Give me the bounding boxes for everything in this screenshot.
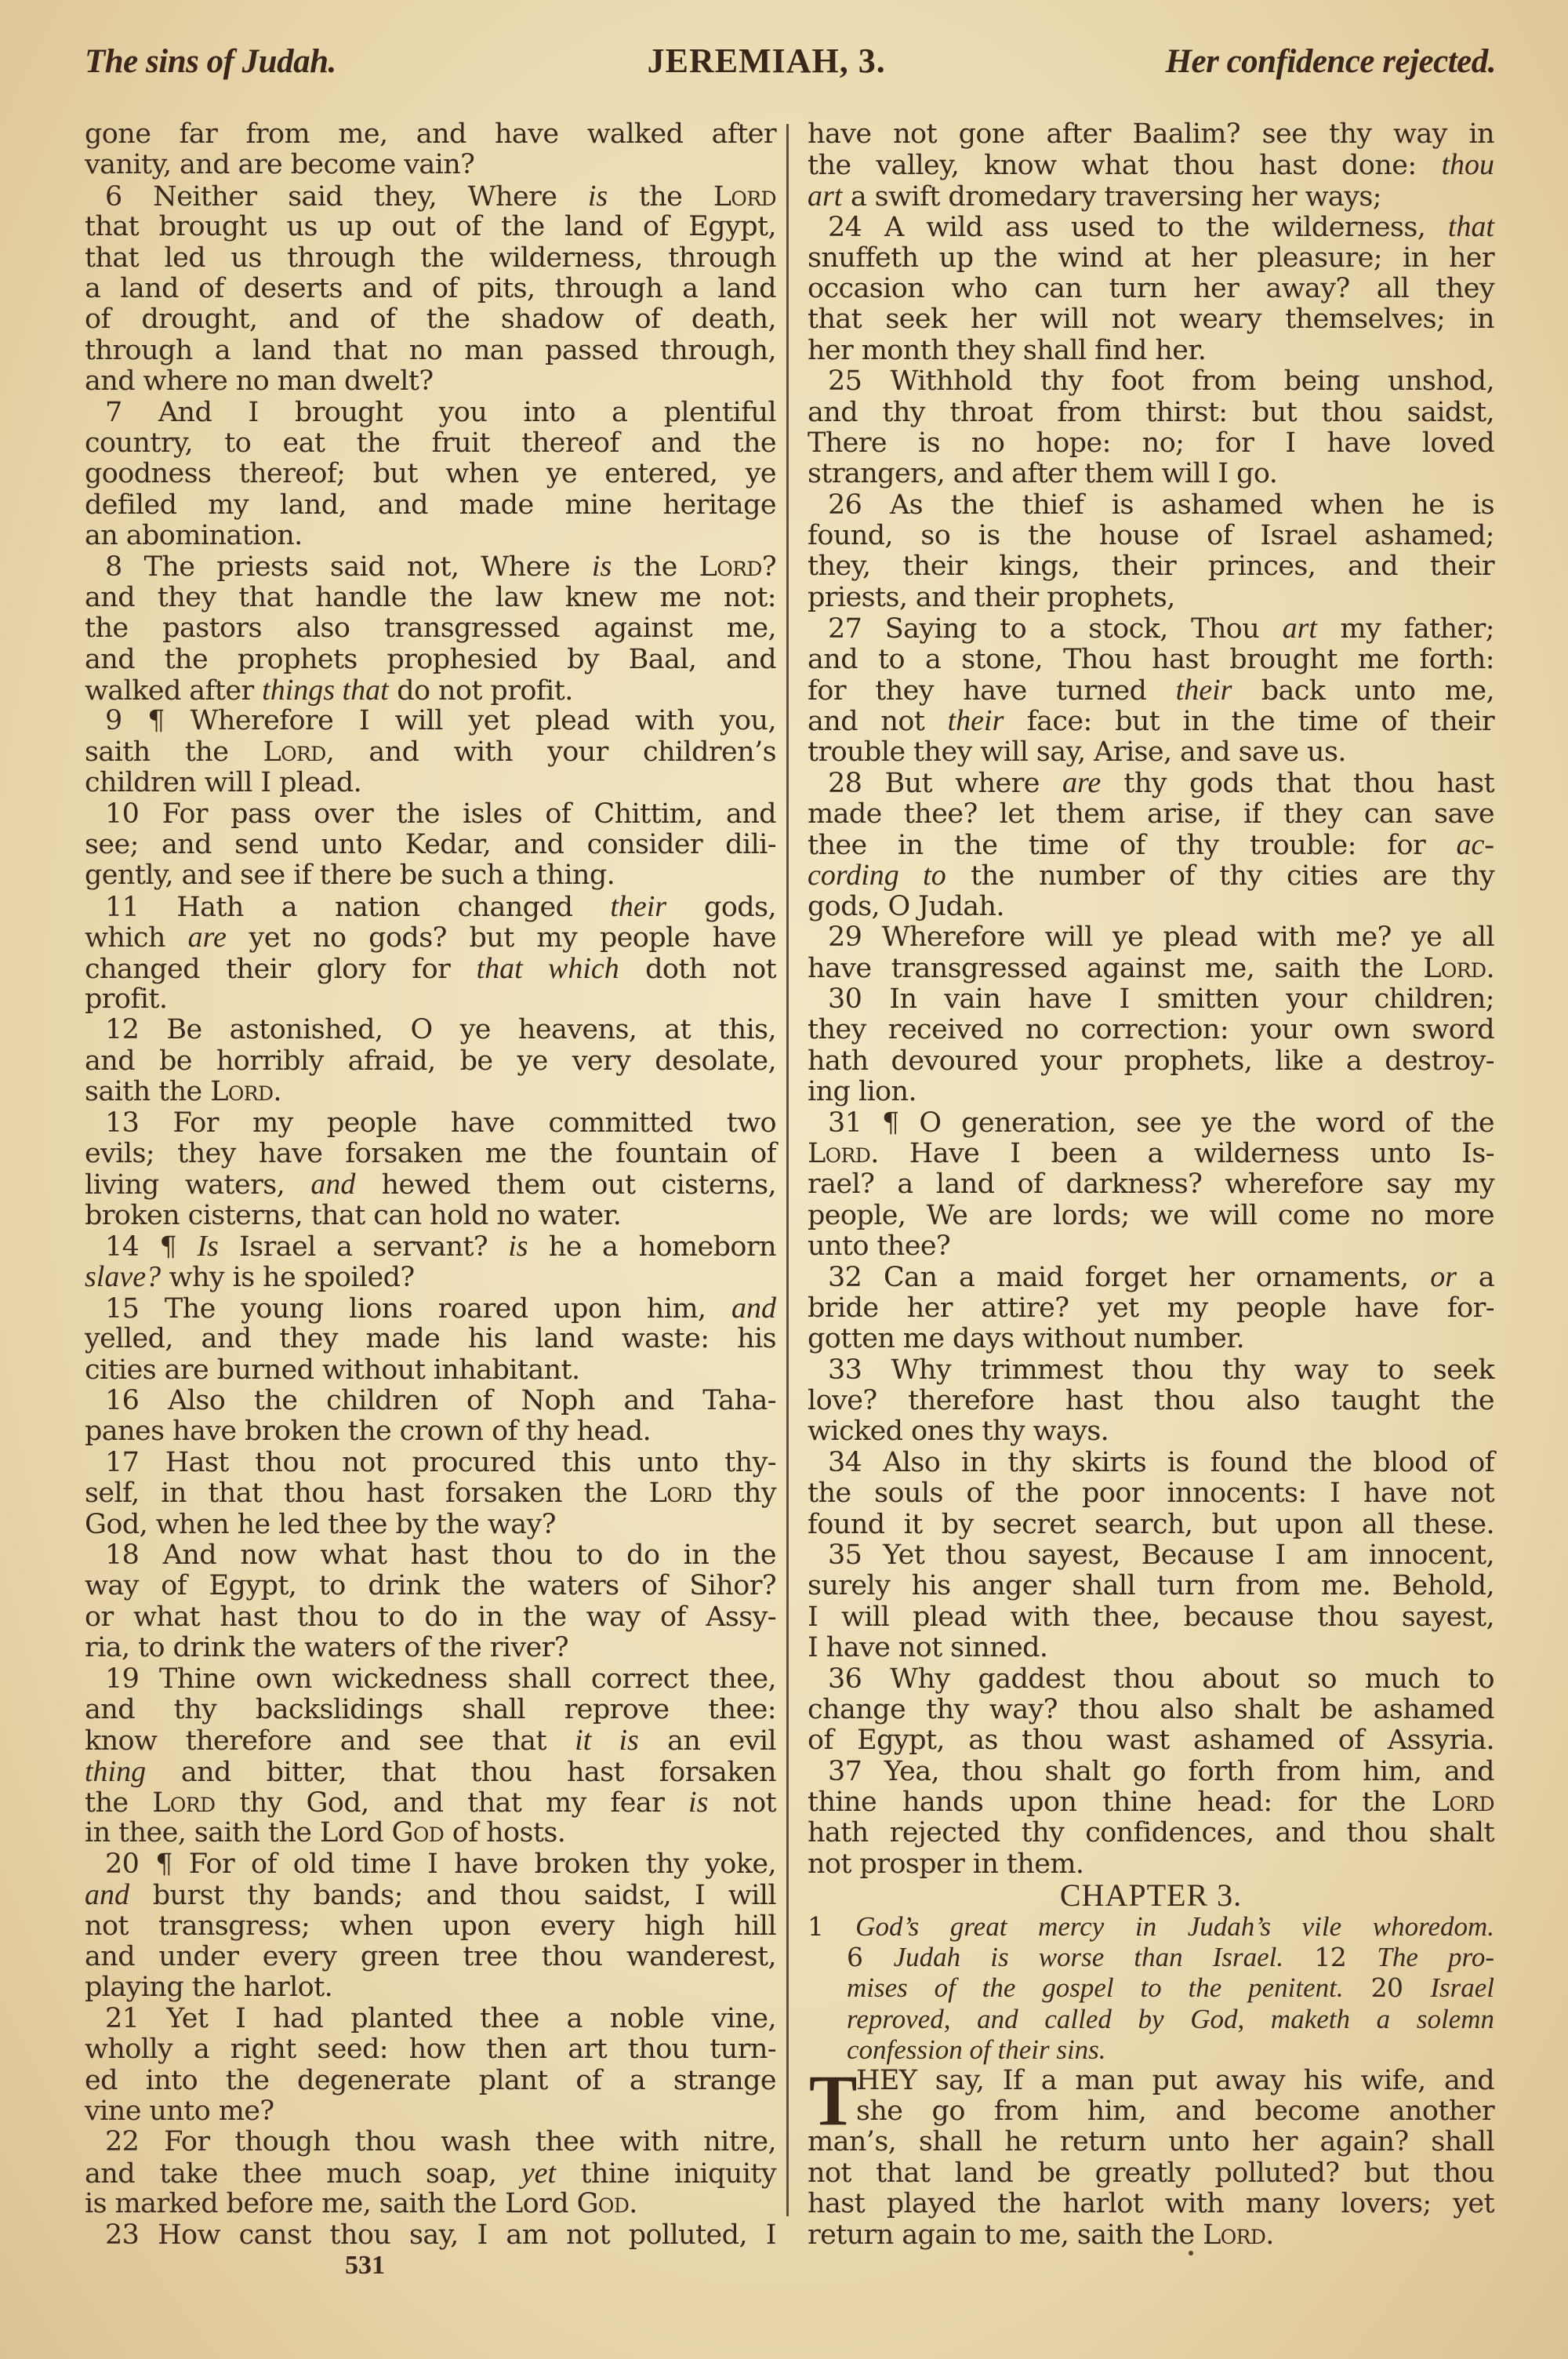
text-line: surely his anger shall turn from me. Beh…	[808, 1571, 1494, 1601]
text-run: hast played the harlot with many lovers;…	[808, 2188, 1494, 2219]
text-run: people, We are lords; we will come no mo…	[808, 1200, 1494, 1231]
text-line: slave? why is he spoiled?	[85, 1262, 776, 1292]
text-run: saith the	[85, 1076, 210, 1107]
chapter-verse-1: HEY say, If a man put away his wife, and…	[808, 2066, 1494, 2251]
text-run: 34 Also in thy skirts is found the blood…	[828, 1447, 1494, 1478]
text-run: 11 Hath a nation changed	[105, 892, 610, 923]
text-line: for they have turned their back unto me,	[808, 675, 1494, 706]
text-run: .	[629, 2188, 637, 2219]
text-line: 25 Withhold thy foot from being unshod,	[808, 366, 1494, 397]
text-run: they, their kings, their princes, and th…	[808, 551, 1494, 582]
text-line: 33 Why trimmest thou thy way to seek	[808, 1355, 1494, 1386]
text-line: and thy backslidings shall reprove thee:	[85, 1695, 776, 1725]
text-run: 21 Yet I had planted thee a noble vine,	[105, 2003, 776, 2034]
text-line: 21 Yet I had planted thee a noble vine,	[85, 2004, 776, 2034]
text-run: 23 How canst thou say, I am not polluted…	[105, 2219, 776, 2251]
text-line: see; and send unto Kedar, and consider d…	[85, 830, 776, 860]
chapter-heading: CHAPTER 3.	[808, 1880, 1494, 1910]
text-line: 22 For though thou wash thee with nitre,	[85, 2127, 776, 2157]
text-line: snuffeth up the wind at her pleasure; in…	[808, 243, 1494, 274]
text-run: thine iniquity	[556, 2158, 776, 2190]
text-line: vanity, and are become vain?	[85, 150, 776, 180]
small-caps-text: Lord	[1423, 953, 1486, 984]
text-run: the	[612, 551, 699, 583]
italic-text: is	[688, 1786, 708, 1819]
page-number: 531	[345, 2251, 385, 2281]
text-run: gods, O Judah.	[808, 891, 1004, 922]
text-line: reproved, and called by God, maketh a so…	[808, 2004, 1494, 2034]
text-line: 19 Thine own wickedness shall correct th…	[85, 1664, 776, 1695]
text-line: 30 In vain have I smitten your children;	[808, 984, 1494, 1015]
text-line: bride her attire? yet my people have for…	[808, 1293, 1494, 1324]
small-caps-text: Lord	[713, 181, 776, 213]
text-run: and to a stone, Thou hast brought me for…	[808, 644, 1494, 675]
text-line: 12 Be astonished, O ye heavens, at this,	[85, 1015, 776, 1045]
text-run: Israel a servant?	[219, 1231, 508, 1263]
text-run: in thee, saith the Lord	[85, 1817, 392, 1848]
drop-cap: T	[809, 2072, 857, 2128]
text-run: not	[708, 1787, 776, 1819]
text-run: 26 As the thief is ashamed when he is	[828, 489, 1494, 521]
italic-text: art	[808, 180, 842, 213]
text-run: they received no correction: your own sw…	[808, 1014, 1494, 1045]
text-run: playing the harlot.	[85, 1972, 332, 2003]
text-run: of drought, and of the shadow of death,	[85, 304, 776, 335]
text-line: walked after things that do not profit.	[85, 675, 776, 706]
text-run: profit.	[85, 983, 167, 1015]
text-run: broken cisterns, that can hold no water.	[85, 1200, 621, 1231]
text-run: and take thee much soap,	[85, 2158, 521, 2190]
text-line: 32 Can a maid forget her ornaments, or a	[808, 1262, 1494, 1292]
text-line: 37 Yea, thou shalt go forth from him, an…	[808, 1757, 1494, 1787]
text-line: unto thee?	[808, 1231, 1494, 1262]
text-run: changed their glory for	[85, 954, 477, 985]
text-line: that brought us up out of the land of Eg…	[85, 212, 776, 242]
text-run: rael? a land of darkness? wherefore say …	[808, 1169, 1494, 1200]
text-line: and the prophets prophesied by Baal, and	[85, 645, 776, 675]
text-run: change thy way? thou also shalt be asham…	[808, 1694, 1494, 1725]
text-line: hath rejected thy confidences, and thou …	[808, 1818, 1494, 1848]
text-line: 8 The priests said not, Where is the Lor…	[85, 551, 776, 582]
text-line: a land of deserts and of pits, through a…	[85, 274, 776, 304]
text-run: 1	[808, 1911, 855, 1942]
text-line: hast played the harlot with many lovers;…	[808, 2189, 1494, 2219]
text-line: rael? a land of darkness? wherefore say …	[808, 1169, 1494, 1200]
text-line: God, when he led thee by the way?	[85, 1510, 776, 1540]
text-run: gently, and see if there be such a thing…	[85, 860, 615, 891]
text-line: 11 Hath a nation changed their gods,	[85, 892, 776, 922]
text-run: gotten me days without number.	[808, 1323, 1244, 1354]
text-run: ing lion.	[808, 1076, 916, 1107]
text-run: is marked before me, saith the Lord	[85, 2188, 577, 2219]
text-line: not transgress; when upon every high hil…	[85, 1911, 776, 1942]
text-run: the	[85, 1787, 152, 1819]
text-line: 10 For pass over the isles of Chittim, a…	[85, 799, 776, 830]
text-run: 31 ¶ O generation, see ye the word of th…	[828, 1107, 1494, 1139]
running-head: The sins of Judah. JEREMIAH, 3. Her conf…	[85, 41, 1496, 88]
text-line: confession of their sins.	[808, 2034, 1494, 2065]
text-run: 20 ¶ For of old time I have broken thy y…	[105, 1848, 776, 1880]
text-line: way of Egypt, to drink the waters of Sih…	[85, 1571, 776, 1601]
text-run: panes have broken the crown of thy head.	[85, 1416, 651, 1447]
text-run: and under every green tree thou wanderes…	[85, 1941, 776, 1972]
text-line: gone far from me, and have walked after	[85, 119, 776, 150]
text-run: that led us through the wilderness, thro…	[85, 242, 776, 274]
italic-text: is	[592, 550, 612, 583]
text-line: of drought, and of the shadow of death,	[85, 304, 776, 335]
text-line: and burst thy bands; and thou saidst, I …	[85, 1880, 776, 1910]
text-line: changed their glory for that which doth …	[85, 954, 776, 984]
text-line: and thy throat from thirst: but thou sai…	[808, 398, 1494, 428]
text-line: trouble they will say, Arise, and save u…	[808, 737, 1494, 768]
text-line: 36 Why gaddest thou about so much to	[808, 1664, 1494, 1695]
text-run: 10 For pass over the isles of Chittim, a…	[105, 798, 776, 830]
small-caps-text: Lord	[649, 1478, 712, 1509]
italic-text: are	[188, 921, 227, 954]
text-run: strangers, and after them will I go.	[808, 458, 1277, 489]
text-line: broken cisterns, that can hold no water.	[85, 1201, 776, 1231]
chapter-summary: 1 God’s great mercy in Judah’s vile whor…	[808, 1911, 1494, 2066]
text-line: and not their face: but in the time of t…	[808, 706, 1494, 736]
text-run: goodness thereof; but when ye entered, y…	[85, 458, 776, 489]
text-run: self, in that thou hast forsaken the	[85, 1478, 649, 1509]
chapter-first-verse: T HEY say, If a man put away his wife, a…	[808, 2066, 1494, 2251]
text-run: 13 For my people have committed two	[105, 1107, 776, 1139]
text-run: I will plead with thee, because thou say…	[808, 1601, 1494, 1633]
text-run: a	[1457, 1262, 1494, 1293]
text-run: and they that handle the law knew me not…	[85, 582, 776, 613]
italic-text: God’s great mercy in Judah’s vile whored…	[855, 1911, 1494, 1942]
italic-text: and	[310, 1168, 355, 1201]
text-run: 6 Neither said they, Where	[105, 181, 588, 213]
text-run: 30 In vain have I smitten your children;	[828, 983, 1494, 1015]
small-caps-text: Lord	[152, 1787, 215, 1819]
text-run: thine hands upon thine head: for the	[808, 1787, 1432, 1818]
text-line: the pastors also transgressed against me…	[85, 613, 776, 644]
text-run: yet no gods? but my people have	[227, 922, 776, 954]
text-line: 16 Also the children of Noph and Taha-	[85, 1386, 776, 1416]
text-line: priests, and their prophets,	[808, 583, 1494, 613]
text-run: gods,	[666, 892, 776, 923]
small-caps-text: God	[392, 1817, 445, 1848]
text-line: they received no correction: your own sw…	[808, 1015, 1494, 1045]
text-run: occasion who can turn her away? all they	[808, 273, 1494, 304]
italic-text: their	[1176, 674, 1232, 707]
text-line: return again to me, saith the Lord.	[808, 2220, 1494, 2251]
text-line: man’s, shall he return unto her again? s…	[808, 2127, 1494, 2157]
text-run: the valley, know what thou hast done:	[808, 150, 1441, 181]
text-line: and under every green tree thou wanderes…	[85, 1942, 776, 1972]
text-run: see; and send unto Kedar, and consider d…	[85, 829, 776, 860]
italic-text: is	[588, 180, 608, 213]
text-line: saith the Lord, and with your children’s	[85, 737, 776, 768]
text-run: or what hast thou to do in the way of As…	[85, 1601, 776, 1633]
text-run: a land of deserts and of pits, through a…	[85, 273, 776, 304]
text-line: which are yet no gods? but my people hav…	[85, 922, 776, 953]
text-run: way of Egypt, to drink the waters of Sih…	[85, 1570, 776, 1601]
text-run: and thy throat from thirst: but thou sai…	[808, 397, 1494, 428]
text-run: ria, to drink the waters of the river?	[85, 1632, 568, 1663]
text-line: know therefore and see that it is an evi…	[85, 1725, 776, 1756]
italic-text: Is	[197, 1230, 218, 1263]
text-line: occasion who can turn her away? all they	[808, 274, 1494, 304]
text-run: 9 ¶ Wherefore I will yet plead with you,	[105, 705, 776, 736]
italic-text: art	[1283, 612, 1317, 645]
text-line: 9 ¶ Wherefore I will yet plead with you,	[85, 706, 776, 736]
text-line: living waters, and hewed them out cister…	[85, 1169, 776, 1200]
text-run: 29 Wherefore will ye plead with me? ye a…	[828, 921, 1494, 953]
text-line: 6 Neither said they, Where is the Lord	[85, 181, 776, 212]
italic-text: things that	[262, 674, 389, 707]
text-run: yelled, and they made his land waste: hi…	[85, 1323, 776, 1354]
text-line: her month they shall find her.	[808, 336, 1494, 366]
text-run: hath rejected thy confidences, and thou …	[808, 1817, 1494, 1848]
italic-text: slave?	[85, 1260, 161, 1293]
text-run: my father;	[1317, 613, 1494, 645]
text-line: and be horribly afraid, be ye very desol…	[85, 1046, 776, 1077]
text-line: thee in the time of thy trouble: for ac-	[808, 830, 1494, 860]
text-run: which	[85, 922, 188, 954]
text-run: walked after	[85, 675, 262, 707]
italic-text: thou	[1441, 148, 1494, 181]
text-run: priests, and their prophets,	[808, 582, 1175, 613]
italic-text: ac-	[1456, 828, 1494, 861]
text-line: wicked ones thy ways.	[808, 1416, 1494, 1447]
text-run: found it by secret search, but upon all …	[808, 1509, 1494, 1540]
text-line: 20 ¶ For of old time I have broken thy y…	[85, 1849, 776, 1880]
text-run: through a land that no man passed throug…	[85, 335, 776, 366]
text-run: trouble they will say, Arise, and save u…	[808, 736, 1346, 768]
text-run: know therefore and see that	[85, 1725, 575, 1757]
text-run: .	[1486, 953, 1494, 984]
italic-text: and	[85, 1878, 129, 1911]
text-line: have transgressed against me, saith the …	[808, 954, 1494, 984]
text-run: 33 Why trimmest thou thy way to seek	[828, 1354, 1494, 1386]
text-run: 14 ¶	[105, 1231, 197, 1263]
bible-page: The sins of Judah. JEREMIAH, 3. Her conf…	[0, 0, 1568, 2359]
text-line: I have not sinned.	[808, 1633, 1494, 1663]
text-line: playing the harlot.	[85, 1972, 776, 2003]
text-line: of Egypt, as thou wast ashamed of Assyri…	[808, 1725, 1494, 1756]
text-run: face: but in the time of their	[1004, 706, 1494, 737]
text-run: the	[608, 181, 713, 213]
text-line: goodness thereof; but when ye entered, y…	[85, 459, 776, 489]
text-line: 18 And now what hast thou to do in the	[85, 1540, 776, 1571]
text-line: the souls of the poor innocents: I have …	[808, 1478, 1494, 1509]
text-run: 22 For though thou wash thee with nitre,	[105, 2126, 776, 2157]
text-line: defiled my land, and made mine heritage	[85, 490, 776, 521]
text-run: 24 A wild ass used to the wilderness,	[828, 212, 1448, 243]
text-line: art a swift dromedary traversing her way…	[808, 181, 1494, 212]
small-caps-text: Lord	[263, 736, 325, 768]
paper-speck	[1189, 2251, 1193, 2255]
small-caps-text: God	[577, 2188, 630, 2219]
column-divider	[786, 124, 789, 2216]
text-run: wholly a right seed: how then art thou t…	[85, 2034, 776, 2065]
text-run: HEY say, If a man put away his wife, and	[856, 2065, 1494, 2096]
text-run: wicked ones thy ways.	[808, 1416, 1109, 1447]
text-run: the souls of the poor innocents: I have …	[808, 1478, 1494, 1509]
text-line: 34 Also in thy skirts is found the blood…	[808, 1448, 1494, 1478]
text-line: found, so is the house of Israel ashamed…	[808, 521, 1494, 551]
text-run: not transgress; when upon every high hil…	[85, 1910, 776, 1942]
text-line: change thy way? thou also shalt be asham…	[808, 1695, 1494, 1725]
text-line: 1 God’s great mercy in Judah’s vile whor…	[808, 1911, 1494, 1942]
text-line: country, to eat the fruit thereof and th…	[85, 428, 776, 459]
text-line: and where no man dwelt?	[85, 366, 776, 397]
small-caps-text: Lord	[210, 1076, 273, 1107]
text-run: and where no man dwelt?	[85, 365, 433, 397]
text-line: that led us through the wilderness, thro…	[85, 243, 776, 274]
italic-text: reproved, and called by God, maketh a so…	[847, 2004, 1494, 2034]
text-line: children will I plead.	[85, 768, 776, 798]
small-caps-text: Lord	[699, 551, 762, 583]
text-line: made thee? let them arise, if they can s…	[808, 799, 1494, 830]
text-line: 29 Wherefore will ye plead with me? ye a…	[808, 922, 1494, 953]
text-run: There is no hope: no; for I have loved	[808, 427, 1494, 459]
text-run: 20	[1344, 1972, 1431, 2003]
text-run: thy gods that thou hast	[1101, 768, 1494, 799]
text-line: they, their kings, their princes, and th…	[808, 551, 1494, 582]
text-line: is marked before me, saith the Lord God.	[85, 2189, 776, 2219]
text-run: 16 Also the children of Noph and Taha-	[105, 1385, 776, 1416]
italic-text: yet	[521, 2157, 556, 2190]
text-line: the Lord thy God, and that my fear is no…	[85, 1787, 776, 1818]
text-run: 7 And I brought you into a plentiful	[105, 397, 776, 428]
italic-text: their	[610, 890, 666, 923]
text-run: an evil	[639, 1725, 776, 1757]
text-run: why is he spoiled?	[161, 1262, 415, 1293]
text-run: 8 The priests said not, Where	[105, 551, 592, 583]
text-run: he a homeborn	[528, 1231, 776, 1263]
italic-text: that which	[477, 952, 619, 985]
small-caps-text: Lord	[1432, 1787, 1494, 1818]
text-run: 18 And now what hast thou to do in the	[105, 1539, 776, 1571]
text-line: profit.	[85, 984, 776, 1015]
text-run: 6	[847, 1942, 894, 1972]
text-line: have not gone after Baalim? see thy way …	[808, 119, 1494, 150]
text-run: return again to me, saith the	[808, 2219, 1203, 2251]
italic-text: are	[1062, 766, 1101, 799]
text-run: that brought us up out of the land of Eg…	[85, 211, 776, 242]
text-line: 27 Saying to a stock, Thou art my father…	[808, 613, 1494, 644]
text-run: 12	[1283, 1942, 1377, 1972]
text-line: and take thee much soap, yet thine iniqu…	[85, 2158, 776, 2189]
running-head-left: The sins of Judah.	[85, 42, 336, 81]
italic-text: mises of the gospel to the penitent.	[847, 1972, 1344, 2003]
text-line: vine unto me?	[85, 2096, 776, 2127]
text-run: doth not	[619, 954, 776, 985]
text-run: bride her attire? yet my people have for…	[808, 1292, 1494, 1324]
text-line: 6 Judah is worse than Israel. 12 The pro…	[808, 1942, 1494, 1972]
text-line: 28 But where are thy gods that thou hast	[808, 768, 1494, 798]
text-line: the valley, know what thou hast done: th…	[808, 150, 1494, 180]
text-run: hath devoured your prophets, like a dest…	[808, 1045, 1494, 1077]
text-line: I will plead with thee, because thou say…	[808, 1602, 1494, 1633]
text-line: not prosper in them.	[808, 1849, 1494, 1880]
text-run: vanity, and are become vain?	[85, 149, 474, 180]
text-run: saith the	[85, 736, 263, 768]
text-run: not that land be greatly polluted? but t…	[808, 2157, 1494, 2189]
text-run: and thy backslidings shall reprove thee:	[85, 1694, 776, 1725]
text-run: 32 Can a maid forget her ornaments,	[828, 1262, 1430, 1293]
text-run: and bitter, that thou hast forsaken	[146, 1757, 776, 1788]
text-run: she go from him, and become another	[856, 2095, 1494, 2127]
text-line: 24 A wild ass used to the wilderness, th…	[808, 212, 1494, 242]
text-line: she go from him, and become another	[808, 2096, 1494, 2127]
text-run: burst thy bands; and thou saidst, I will	[129, 1880, 776, 1911]
text-run: the pastors also transgressed against me…	[85, 612, 776, 644]
text-run: have not gone after Baalim? see thy way …	[808, 118, 1494, 150]
text-run: thy God, and that my fear	[215, 1787, 688, 1819]
text-line: thine hands upon thine head: for the Lor…	[808, 1787, 1494, 1818]
italic-text: thing	[85, 1755, 146, 1788]
text-run: 15 The young lions roared upon him,	[105, 1293, 731, 1325]
right-column: have not gone after Baalim? see thy way …	[808, 119, 1494, 2251]
italic-text: and	[731, 1292, 776, 1325]
text-line: in thee, saith the Lord God of hosts.	[85, 1818, 776, 1848]
italic-text: Judah is worse than Israel.	[894, 1942, 1284, 1972]
text-line: an abomination.	[85, 521, 776, 551]
small-caps-text: Lord	[808, 1138, 870, 1169]
text-line: love? therefore hast thou also taught th…	[808, 1386, 1494, 1416]
text-run: surely his anger shall turn from me. Beh…	[808, 1570, 1494, 1601]
text-run: and be horribly afraid, be ye very desol…	[85, 1045, 776, 1077]
text-line: HEY say, If a man put away his wife, and	[808, 2066, 1494, 2096]
text-run: thee in the time of thy trouble: for	[808, 830, 1456, 861]
text-run: country, to eat the fruit thereof and th…	[85, 427, 776, 459]
right-column-verses: have not gone after Baalim? see thy way …	[808, 119, 1494, 1880]
text-line: 35 Yet thou sayest, Because I am innocen…	[808, 1540, 1494, 1571]
running-head-right: Her confidence rejected.	[1166, 42, 1496, 81]
text-run: living waters,	[85, 1169, 310, 1201]
text-line: that seek her will not weary themselves;…	[808, 304, 1494, 335]
text-line: hath devoured your prophets, like a dest…	[808, 1046, 1494, 1077]
text-run: for they have turned	[808, 675, 1176, 707]
text-run: snuffeth up the wind at her pleasure; in…	[808, 242, 1494, 274]
italic-text: confession of their sins.	[847, 2034, 1106, 2065]
text-run: an abomination.	[85, 520, 303, 551]
italic-text: their	[948, 704, 1004, 737]
text-line: 26 As the thief is ashamed when he is	[808, 490, 1494, 521]
text-run: cities are burned without inhabitant.	[85, 1354, 580, 1386]
italic-text: Israel	[1430, 1972, 1494, 2003]
left-column: gone far from me, and have walked afterv…	[85, 119, 776, 2251]
text-line: 17 Hast thou not procured this unto thy-	[85, 1448, 776, 1478]
text-run: , and with your children’s	[326, 736, 776, 768]
running-head-book-chapter: JEREMIAH, 3.	[648, 41, 886, 81]
text-run: vine unto me?	[85, 2095, 274, 2127]
italic-text: that	[1448, 210, 1494, 243]
italic-text: The pro-	[1377, 1942, 1494, 1972]
text-line: found it by secret search, but upon all …	[808, 1510, 1494, 1540]
text-run: of hosts.	[444, 1817, 565, 1848]
text-run: 36 Why gaddest thou about so much to	[828, 1663, 1494, 1695]
small-caps-text: Lord	[1203, 2219, 1265, 2251]
italic-text: is	[508, 1230, 528, 1263]
text-run: 19 Thine own wickedness shall correct th…	[105, 1663, 776, 1695]
text-line: 15 The young lions roared upon him, and	[85, 1293, 776, 1324]
text-run: .	[1265, 2219, 1274, 2251]
text-run: the number of thy cities are thy	[946, 860, 1494, 892]
text-line: and to a stone, Thou hast brought me for…	[808, 645, 1494, 675]
text-run: hewed them out cisterns,	[355, 1169, 776, 1201]
text-run: unto thee?	[808, 1230, 950, 1262]
text-line: mises of the gospel to the penitent. 20 …	[808, 1972, 1494, 2003]
text-run: 37 Yea, thou shalt go forth from him, an…	[828, 1756, 1494, 1787]
text-run: her month they shall find her.	[808, 335, 1206, 366]
text-run: a swift dromedary traversing her ways;	[842, 181, 1381, 213]
